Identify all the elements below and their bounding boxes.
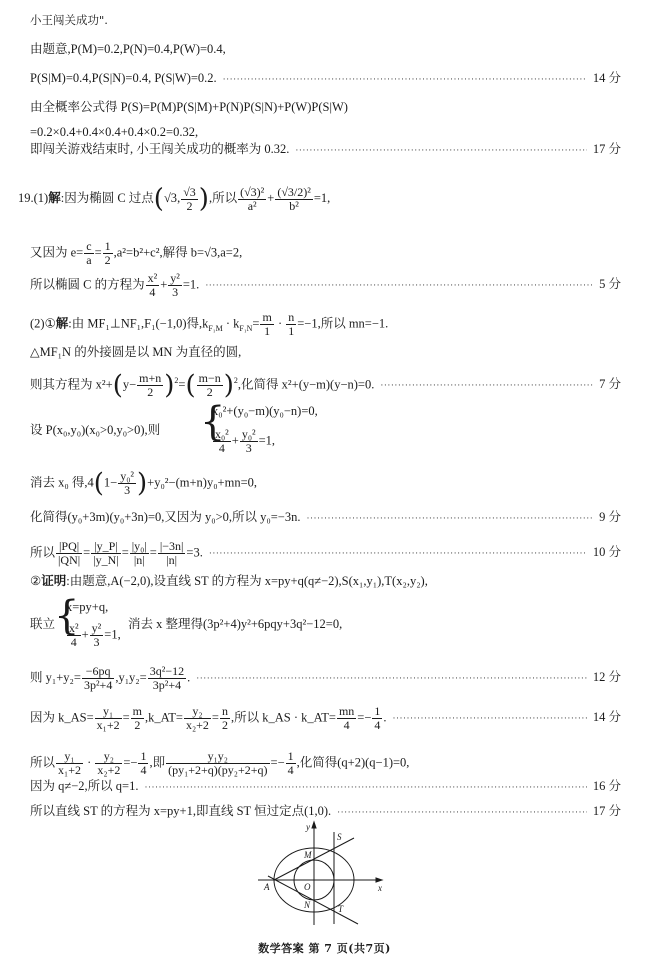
text: 即闯关游戏结束时, 小王闯关成功的概率为 0.32.	[30, 142, 289, 156]
text: 则 y₁+y₂=	[30, 670, 81, 684]
y-axis-arrow	[312, 822, 316, 828]
text: 化简得(y₀+3m)(y₀+3n)=0,又因为 y₀>0,所以 y₀=−3n.	[30, 510, 300, 524]
text: :由 MF₁⊥NF₁,F₁(−1,0)得,k	[68, 316, 208, 330]
fraction: |PQ||QN|	[56, 540, 82, 567]
text: =1.	[183, 277, 199, 291]
fraction: (√3/2)²b²	[275, 186, 313, 213]
text: 又因为 e=	[30, 245, 83, 259]
denominator: 4	[213, 442, 231, 455]
numerator: 1	[103, 240, 113, 254]
numerator: y₂	[184, 705, 211, 719]
score-label: 17 分	[593, 804, 621, 818]
q19-part2-line6: 化简得(y₀+3m)(y₀+3n)=0,又因为 y₀>0,所以 y₀=−3n. …	[30, 510, 621, 525]
text: 因为 k_AS=	[30, 710, 94, 724]
denominator: |n|	[158, 554, 186, 567]
numerator: 3q²−12	[148, 665, 186, 679]
text: ,a²=b²+c²,解得 b=√3,a=2,	[114, 245, 243, 259]
numerator: y₁	[95, 705, 122, 719]
fraction: y₀²3	[240, 428, 258, 455]
numerator: n	[220, 705, 230, 719]
text: ,y₁y₂=	[115, 670, 146, 684]
subscript: F₁M	[208, 324, 222, 333]
numerator: m−n	[197, 372, 223, 386]
denominator: 4	[337, 719, 356, 732]
leader-dots	[223, 72, 587, 86]
denominator: 4	[138, 764, 148, 777]
numerator: y²	[90, 622, 104, 636]
leader-dots	[337, 805, 587, 819]
fraction: y²3	[90, 622, 104, 649]
q19-part2b-line3: 则 y₁+y₂=−6pq3p²+4,y₁y₂=3q²−123p²+4. 12 分	[30, 665, 621, 692]
text: √3	[164, 191, 177, 205]
numerator: x₀²	[213, 428, 231, 442]
text: 设 P(x₀,y₀)(x₀>0,y₀>0),则	[30, 423, 160, 437]
system-eq-1: x₀²+(y₀−m)(y₀−n)=0,	[212, 404, 621, 418]
leader-dots	[205, 278, 593, 292]
paren: )	[137, 469, 147, 499]
score-label: 14 分	[593, 71, 621, 85]
fraction: y₁x₁+2	[95, 705, 122, 732]
fraction: √32	[181, 186, 198, 213]
text: ,即	[149, 755, 165, 769]
numerator: m+n	[137, 372, 163, 386]
label-o: O	[304, 882, 311, 892]
denominator: 2	[137, 386, 163, 399]
ellipse-figure: y x S M A O N T	[258, 820, 388, 928]
leader-dots	[380, 378, 593, 392]
numerator: (√3/2)²	[275, 186, 313, 200]
fraction: 14	[372, 705, 382, 732]
text: 则 y₁+y₂=−6pq3p²+4,y₁y₂=3q²−123p²+4.	[30, 665, 190, 692]
text: .	[383, 710, 386, 724]
denominator: (py₁+2+q)(py₂+2+q)	[166, 764, 269, 777]
denominator: 4	[67, 636, 81, 649]
denominator: |QN|	[56, 554, 82, 567]
label-s: S	[337, 832, 342, 842]
numerator: −6pq	[82, 665, 114, 679]
text: =1,	[314, 191, 330, 205]
text: 则其方程为 x²+	[30, 377, 113, 391]
prove-label: 证明	[41, 574, 66, 588]
text: (2)①	[30, 316, 56, 330]
x-axis-arrow	[376, 878, 382, 882]
fraction: mn4	[337, 705, 356, 732]
paren: (	[154, 184, 164, 214]
denominator: 3	[240, 442, 258, 455]
numerator: y₁	[56, 750, 83, 764]
fraction: 14	[286, 750, 296, 777]
text: △MF₁N 的外接圆是以 MN 为直径的圆,	[30, 345, 241, 359]
fraction: 14	[138, 750, 148, 777]
text: 因为 q≠−2,所以 q=1.	[30, 779, 138, 793]
q19-part2-line3: 则其方程为 x²+(y−m+n2)2=(m−n2)2,化简得 x²+(y−m)(…	[30, 372, 621, 399]
q19-part2-line2: △MF₁N 的外接圆是以 MN 为直径的圆,	[30, 345, 621, 359]
denominator: |y_N|	[91, 554, 120, 567]
line-at	[268, 876, 358, 924]
numerator: y₀²	[118, 470, 136, 484]
denominator: 2	[220, 719, 230, 732]
fraction: m+n2	[137, 372, 163, 399]
numerator: c	[84, 240, 93, 254]
score-label: 14 分	[593, 710, 621, 724]
fraction: n2	[220, 705, 230, 732]
fraction: m1	[260, 311, 273, 338]
text: :由题意,A(−2,0),设直线 ST 的方程为 x=py+q(q≠−2),S(…	[66, 574, 428, 588]
text: ,所以	[209, 191, 237, 205]
numerator: mn	[337, 705, 356, 719]
text: 小王闯关成功".	[30, 13, 108, 27]
label-a: A	[263, 882, 270, 892]
fraction: 12	[103, 240, 113, 267]
numerator: |y_P|	[91, 540, 120, 554]
numerator: 1	[138, 750, 148, 764]
denominator: 3p²+4	[148, 679, 186, 692]
fraction: 3q²−123p²+4	[148, 665, 186, 692]
denominator: 3	[118, 484, 136, 497]
score-label: 10 分	[593, 545, 621, 559]
q19-part1-line1: 19.(1)解:因为椭圆 C 过点(√3,√32),所以(√3)²a²+(√3/…	[18, 183, 621, 213]
fraction: ca	[84, 240, 93, 267]
denominator: |n|	[130, 554, 149, 567]
label-n: N	[303, 900, 311, 910]
score-label: 16 分	[593, 779, 621, 793]
numerator: y₁y₂	[166, 750, 269, 764]
fraction: y₁y₂(py₁+2+q)(py₂+2+q)	[166, 750, 269, 777]
text: 消去 x₀ 得,4	[30, 475, 94, 489]
fraction: y₁x₁+2	[56, 750, 83, 777]
label-t: T	[338, 904, 344, 914]
q19-part2b-line4: 因为 k_AS=y₁x₁+2=m2,k_AT=y₂x₂+2=n2,所以 k_AS…	[30, 705, 621, 732]
score-label: 5 分	[599, 277, 621, 291]
text: x₀²+(y₀−m)(y₀−n)=0,	[212, 404, 318, 418]
numerator: |PQ|	[56, 540, 82, 554]
q19-part2-line7: 所以|PQ||QN|=|y_P||y_N|=|y₀||n|=|−3n||n|=3…	[30, 540, 621, 567]
solve-label: 解	[56, 316, 69, 330]
text: =0.2×0.4+0.4×0.4+0.4×0.2=0.32,	[30, 125, 198, 139]
text: ,k_AT=	[145, 710, 183, 724]
numerator: y²	[168, 272, 182, 286]
text: 则其方程为 x²+(y−m+n2)2=(m−n2)2,化简得 x²+(y−m)(…	[30, 372, 374, 399]
text: 由题意,P(M)=0.2,P(N)=0.4,P(W)=0.4,	[30, 42, 226, 56]
text: =	[252, 316, 259, 330]
denominator: 3	[168, 286, 182, 299]
text: 因为 k_AS=y₁x₁+2=m2,k_AT=y₂x₂+2=n2,所以 k_AS…	[30, 705, 387, 732]
q19-part2b-line1: ②证明:由题意,A(−2,0),设直线 ST 的方程为 x=py+q(q≠−2)…	[30, 574, 621, 588]
numerator: 1	[372, 705, 382, 719]
denominator: a	[84, 254, 93, 267]
text-line: 由题意,P(M)=0.2,P(N)=0.4,P(W)=0.4,	[30, 42, 621, 56]
denominator: 3	[90, 636, 104, 649]
fraction: y²3	[168, 272, 182, 299]
score-label: 17 分	[593, 142, 621, 156]
q19-part2-line5: 消去 x₀ 得,4(1−y₀²3)+y₀²−(m+n)y₀+mn=0,	[30, 470, 621, 497]
denominator: 3p²+4	[82, 679, 114, 692]
leader-dots	[306, 511, 593, 525]
text: 由全概率公式得 P(S)=P(M)P(S|M)+P(N)P(S|N)+P(W)P…	[30, 100, 348, 114]
fraction: |y₀||n|	[130, 540, 149, 567]
leader-dots	[295, 143, 586, 157]
numerator: x²	[146, 272, 160, 286]
numerator: |−3n|	[158, 540, 186, 554]
question-number: 19.(1)	[18, 191, 48, 205]
scored-line: 即闯关游戏结束时, 小王闯关成功的概率为 0.32. 17 分	[30, 142, 621, 157]
text: · k	[223, 316, 240, 330]
text: =1,	[104, 627, 120, 641]
fraction: −6pq3p²+4	[82, 665, 114, 692]
text: =1,	[259, 433, 275, 447]
text: :因为椭圆 C 过点	[61, 191, 154, 205]
fraction: x²4	[146, 272, 160, 299]
text: =−1,所以 mn=−1.	[297, 316, 388, 330]
text: 联立	[30, 617, 55, 631]
numerator: m	[260, 311, 273, 325]
paren: (	[94, 469, 104, 499]
fraction: x₀²4	[213, 428, 231, 455]
scored-line: P(S|M)=0.4,P(S|N)=0.4, P(S|W)=0.2. 14 分	[30, 71, 621, 86]
fraction: x²4	[67, 622, 81, 649]
text: P(S|M)=0.4,P(S|N)=0.4, P(S|W)=0.2.	[30, 71, 217, 85]
q19-part2b-line5: 所以y₁x₁+2 · y₂x₂+2=−14,即y₁y₂(py₁+2+q)(py₂…	[30, 750, 621, 777]
denominator: a²	[238, 200, 266, 213]
denominator: 2	[103, 254, 113, 267]
denominator: 4	[146, 286, 160, 299]
numerator: (√3)²	[238, 186, 266, 200]
label-x: x	[377, 883, 382, 893]
numerator: √3	[181, 186, 198, 200]
page-footer: 数学答案 第 7 页(共7页)	[0, 940, 649, 956]
text-line: =0.2×0.4+0.4×0.4+0.4×0.2=0.32,	[30, 125, 621, 139]
subscript: F₁N	[239, 324, 252, 333]
denominator: 2	[131, 719, 144, 732]
fraction: |−3n||n|	[158, 540, 186, 567]
fraction: |y_P||y_N|	[91, 540, 120, 567]
denominator: 2	[197, 386, 223, 399]
solve-label: 解	[48, 191, 61, 205]
text: 所以	[30, 545, 55, 559]
numerator: y₀²	[240, 428, 258, 442]
label-m: M	[303, 850, 312, 860]
paren: (	[185, 371, 195, 401]
text: +	[267, 191, 274, 205]
leader-dots	[393, 711, 587, 725]
q19-part1-line3: 所以椭圆 C 的方程为x²4+y²3=1. 5 分	[30, 272, 621, 299]
text: 所以	[30, 755, 55, 769]
paren: (	[113, 371, 123, 401]
text: ②	[30, 574, 41, 588]
denominator: x₂+2	[184, 719, 211, 732]
fraction: n1	[286, 311, 296, 338]
numerator: y₂	[95, 750, 122, 764]
text: ,化简得 x²+(y−m)(y−n)=0.	[238, 377, 374, 391]
q19-part2b-line2-rest: 消去 x 整理得(3p²+4)y²+6pqy+3q²−12=0,	[128, 617, 621, 631]
text: x=py+q,	[66, 600, 108, 614]
fraction: y₂x₂+2	[95, 750, 122, 777]
fraction: y₀²3	[118, 470, 136, 497]
score-label: 9 分	[599, 510, 621, 524]
text: 所以椭圆 C 的方程为x²4+y²3=1.	[30, 272, 199, 299]
numerator: m	[131, 705, 144, 719]
denominator: 4	[286, 764, 296, 777]
system-eq-1: x=py+q,	[66, 600, 621, 614]
text-line: 小王闯关成功".	[30, 13, 621, 27]
fraction: y₂x₂+2	[184, 705, 211, 732]
text: 所以|PQ||QN|=|y_P||y_N|=|y₀||n|=|−3n||n|=3…	[30, 540, 203, 567]
fraction: (√3)²a²	[238, 186, 266, 213]
numerator: |y₀|	[130, 540, 149, 554]
denominator: 2	[181, 200, 198, 213]
denominator: x₁+2	[56, 764, 83, 777]
denominator: 1	[260, 325, 273, 338]
q19-part2-line1: (2)①解:由 MF₁⊥NF₁,F₁(−1,0)得,kF₁M · kF₁N=m1…	[30, 311, 621, 338]
text: +y₀²−(m+n)y₀+mn=0,	[147, 475, 257, 489]
text: 消去 x 整理得(3p²+4)y²+6pqy+3q²−12=0,	[128, 617, 342, 631]
q19-part2b-line7: 所以直线 ST 的方程为 x=py+1,即直线 ST 恒过定点(1,0). 17…	[30, 804, 621, 819]
system-eq-2: x₀²4+y₀²3=1,	[212, 428, 621, 455]
q19-part2b-line6: 因为 q≠−2,所以 q=1. 16 分	[30, 779, 621, 794]
numerator: x²	[67, 622, 81, 636]
paren: )	[199, 184, 209, 214]
text: ,所以 k_AS · k_AT=	[231, 710, 336, 724]
score-label: 12 分	[593, 670, 621, 684]
fraction: m−n2	[197, 372, 223, 399]
numerator: 1	[286, 750, 296, 764]
numerator: n	[286, 311, 296, 325]
paren: )	[224, 371, 234, 401]
denominator: b²	[275, 200, 313, 213]
q19-part1-line2: 又因为 e=ca=12,a²=b²+c²,解得 b=√3,a=2,	[30, 240, 621, 267]
leader-dots	[144, 780, 586, 794]
denominator: 4	[372, 719, 382, 732]
score-label: 7 分	[599, 377, 621, 391]
leader-dots	[209, 546, 587, 560]
fraction: m2	[131, 705, 144, 732]
denominator: 1	[286, 325, 296, 338]
denominator: x₁+2	[95, 719, 122, 732]
label-y: y	[305, 822, 310, 832]
text: =3.	[186, 545, 202, 559]
text-line: 由全概率公式得 P(S)=P(M)P(S|M)+P(N)P(S|N)+P(W)P…	[30, 100, 621, 114]
text: 所以直线 ST 的方程为 x=py+1,即直线 ST 恒过定点(1,0).	[30, 804, 331, 818]
paren: )	[164, 371, 174, 401]
denominator: x₂+2	[95, 764, 122, 777]
leader-dots	[196, 671, 587, 685]
text: ,化简得(q+2)(q−1)=0,	[297, 755, 410, 769]
text: .	[187, 670, 190, 684]
text: 所以椭圆 C 的方程为	[30, 277, 145, 291]
